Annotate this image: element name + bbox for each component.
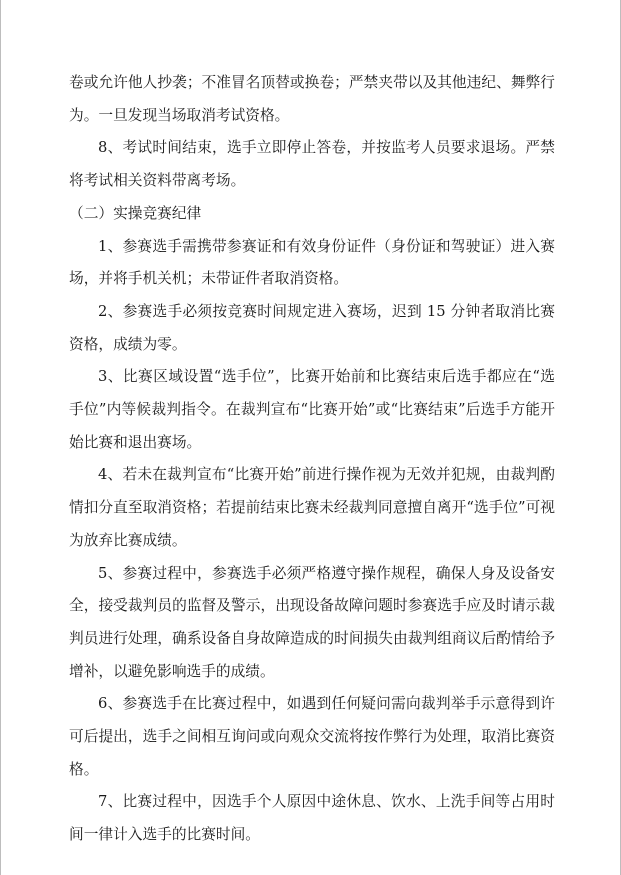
rule-item-5: 5、参赛过程中，参赛选手必须严格遵守操作规程，确保人身及设备安全，接受裁判员的监…	[69, 558, 555, 689]
rule-item-1: 1、参赛选手需携带参赛证和有效身份证件（身份证和驾驶证）进入赛场，并将手机关机；…	[69, 231, 555, 296]
rule-item-8: 8、考试时间结束，选手立即停止答卷，并按监考人员要求退场。严禁将考试相关资料带离…	[69, 132, 555, 197]
rule-item-2: 2、参赛选手必须按竞赛时间规定进入赛场，迟到 15 分钟者取消比赛资格，成绩为零…	[69, 296, 555, 361]
paragraph-continuation: 卷或允许他人抄袭；不准冒名顶替或换卷；严禁夹带以及其他违纪、舞弊行为。一旦发现当…	[69, 67, 555, 132]
rule-item-7: 7、比赛过程中，因选手个人原因中途休息、饮水、上洗手间等占用时间一律计入选手的比…	[69, 786, 555, 851]
section-heading-practical-discipline: （二）实操竞赛纪律	[69, 198, 555, 231]
document-page: 卷或允许他人抄袭；不准冒名顶替或换卷；严禁夹带以及其他违纪、舞弊行为。一旦发现当…	[0, 0, 621, 875]
rule-item-4: 4、若未在裁判宣布“比赛开始”前进行操作视为无效并犯规，由裁判酌情扣分直至取消资…	[69, 459, 555, 557]
rule-item-6: 6、参赛选手在比赛过程中，如遇到任何疑问需向裁判举手示意得到许可后提出，选手之间…	[69, 688, 555, 786]
rule-item-3: 3、比赛区域设置“选手位”，比赛开始前和比赛结束后选手都应在“选手位”内等候裁判…	[69, 361, 555, 459]
document-body: 卷或允许他人抄袭；不准冒名顶替或换卷；严禁夹带以及其他违纪、舞弊行为。一旦发现当…	[69, 67, 555, 852]
